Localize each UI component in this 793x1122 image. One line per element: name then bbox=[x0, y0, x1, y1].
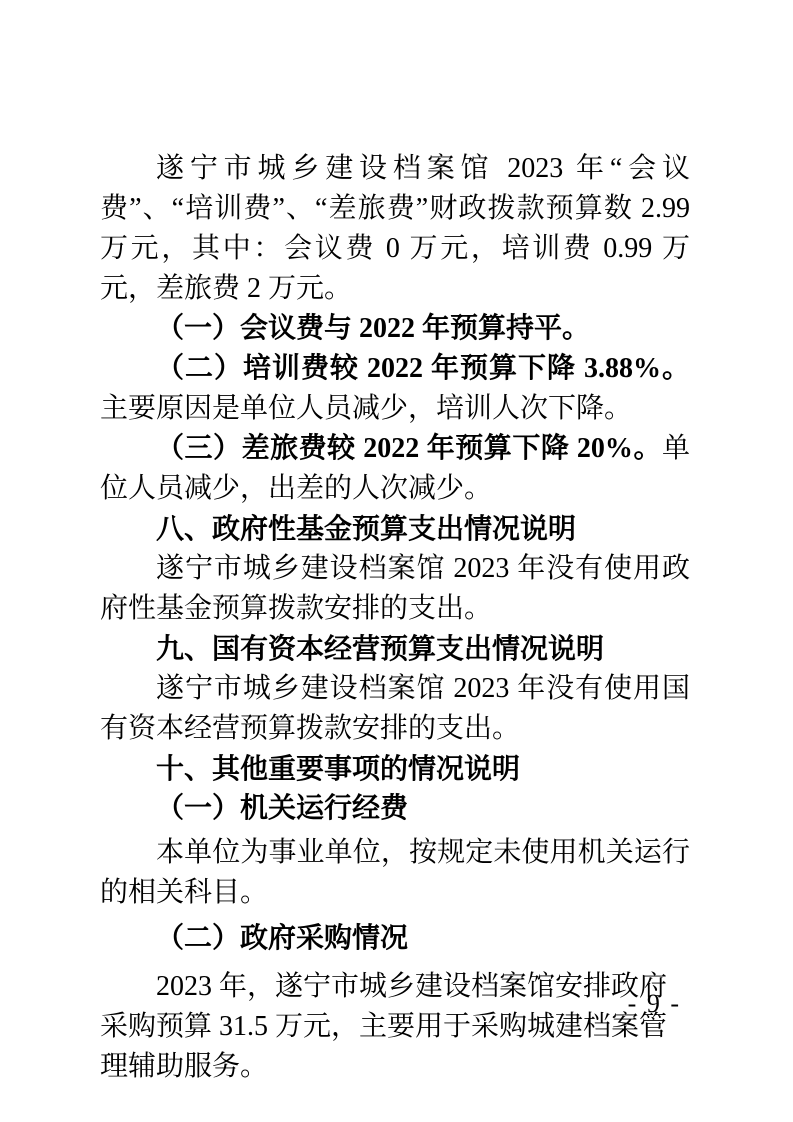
section-9-heading: 九、国有资本经营预算支出情况说明 bbox=[100, 629, 690, 669]
budget-item-training-fee: （二）培训费较 2022 年预算下降 3.88%。主要原因是单位人员减少，培训人… bbox=[100, 349, 690, 429]
budget-item-travel-fee: （三）差旅费较 2022 年预算下降 20%。单位人员减少，出差的人次减少。 bbox=[100, 429, 690, 509]
budget-item-lead: （二）培训费较 2022 年预算下降 3.88%。 bbox=[156, 353, 690, 384]
section-8-heading: 八、政府性基金预算支出情况说明 bbox=[100, 509, 690, 549]
section-10-sub1-paragraph: 本单位为事业单位，按规定未使用机关运行的相关科目。 bbox=[100, 833, 690, 913]
page-number: - 9 - bbox=[628, 990, 681, 1018]
intro-paragraph: 遂宁市城乡建设档案馆 2023 年“会议费”、“培训费”、“差旅费”财政拨款预算… bbox=[100, 149, 690, 309]
document-page: 遂宁市城乡建设档案馆 2023 年“会议费”、“培训费”、“差旅费”财政拨款预算… bbox=[0, 0, 793, 1122]
section-10-heading: 十、其他重要事项的情况说明 bbox=[100, 749, 690, 789]
budget-item-rest: 主要原因是单位人员减少，培训人次下降。 bbox=[100, 393, 632, 424]
section-8-paragraph: 遂宁市城乡建设档案馆 2023 年没有使用政府性基金预算拨款安排的支出。 bbox=[100, 549, 690, 629]
section-9-paragraph: 遂宁市城乡建设档案馆 2023 年没有使用国有资本经营预算拨款安排的支出。 bbox=[100, 669, 690, 749]
section-10-sub2-heading: （二）政府采购情况 bbox=[100, 919, 690, 959]
budget-item-meeting-fee: （一）会议费与 2022 年预算持平。 bbox=[100, 309, 690, 349]
section-10-sub2-paragraph: 2023 年，遂宁市城乡建设档案馆安排政府采购预算 31.5 万元，主要用于采购… bbox=[100, 967, 690, 1087]
budget-item-lead: （一）会议费与 2022 年预算持平。 bbox=[156, 313, 590, 344]
budget-item-lead: （三）差旅费较 2022 年预算下降 20%。 bbox=[156, 433, 662, 464]
section-10-sub1-heading: （一）机关运行经费 bbox=[100, 789, 690, 829]
document-body: 遂宁市城乡建设档案馆 2023 年“会议费”、“培训费”、“差旅费”财政拨款预算… bbox=[100, 149, 690, 1087]
